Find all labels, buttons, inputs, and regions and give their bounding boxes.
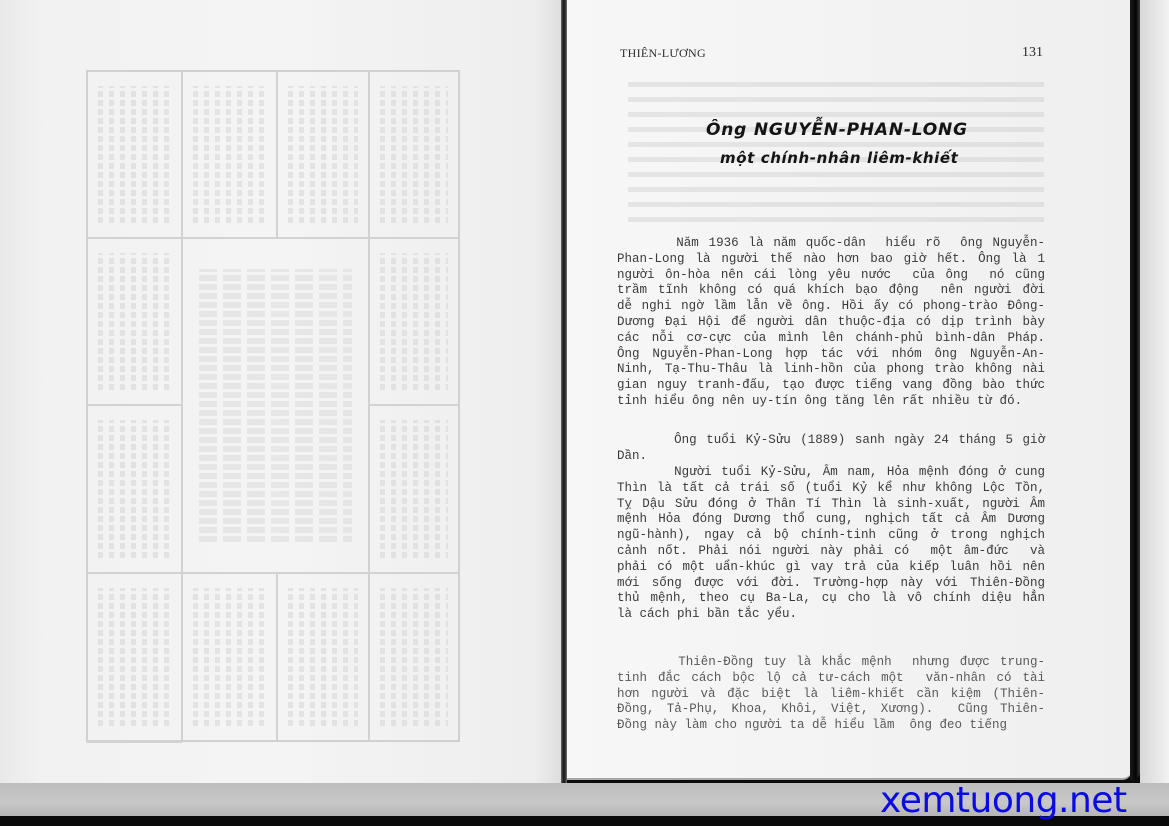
chart-cell <box>87 573 182 741</box>
chart-center-cell <box>182 238 369 573</box>
text-line: Tỵ Dậu Sửu đóng ở Thân Tí Thìn là sinh-x… <box>617 497 1045 513</box>
paragraph-3: Người tuổi Kỷ-Sửu, Âm nam, Hỏa mệnh đóng… <box>617 465 1045 623</box>
text-line: Dương Đại Hội để người dân thuộc-địa có … <box>617 315 1045 331</box>
watermark: xemtuong.net <box>880 781 1127 821</box>
chart-cell <box>277 573 369 741</box>
running-head: THIÊN-LƯƠNG <box>620 46 706 61</box>
text-line: gian nguy tranh-đấu, tạo được tiếng vang… <box>617 378 1045 394</box>
text-line: mới sống được với đời. Trường-hợp này vớ… <box>617 576 1045 592</box>
page-edge <box>1130 0 1140 780</box>
chart-cell <box>182 573 277 741</box>
text-line: Người tuổi Kỷ-Sửu, Âm nam, Hỏa mệnh đóng… <box>617 465 1045 481</box>
chart-cell <box>369 238 459 405</box>
chart-cell <box>369 573 459 741</box>
paragraph-4: Thiên-Đồng tuy là khắc mệnh nhưng được t… <box>617 655 1045 734</box>
scanner-margin <box>1140 0 1169 783</box>
text-line: Dần. <box>617 449 1045 465</box>
text-line: thủ mệnh, theo cụ Ba-La, cụ cho là vô ch… <box>617 591 1045 607</box>
text-line: mệnh Hỏa đóng Dương thổ cung, nghịch tất… <box>617 512 1045 528</box>
chart-cell <box>87 71 182 238</box>
title-line-1: Ông NGUYỄN-PHAN-LONG <box>706 120 1010 140</box>
chart-cell <box>87 405 182 573</box>
paragraph-1: Năm 1936 là năm quốc-dân hiểu rõ ông Ngu… <box>617 236 1045 410</box>
text-line: các nỗi cơ-cực của mình lên chánh-phủ bì… <box>617 331 1045 347</box>
text-line: Ông Nguyễn-Phan-Long hợp tác với nhóm ôn… <box>617 347 1045 363</box>
text-line: Đồng, Tả-Phụ, Khoa, Khôi, Việt, Xương). … <box>617 702 1045 718</box>
text-line: Phan-Long là người thế nào hơn bao giờ h… <box>617 252 1045 268</box>
chart-cell <box>369 71 459 238</box>
text-line: Năm 1936 là năm quốc-dân hiểu rõ ông Ngu… <box>617 236 1045 252</box>
text-line: Ninh, Tạ-Thu-Thâu là linh-hồn của phong … <box>617 362 1045 378</box>
chart-cell <box>87 741 182 743</box>
text-line: ngũ-hành), ngay cả bộ chính-tinh cũng ở … <box>617 528 1045 544</box>
horoscope-chart-grid <box>86 70 460 742</box>
text-line: hơn người và đặc biệt là liêm-khiết cần … <box>617 687 1045 703</box>
chart-cell <box>182 71 277 238</box>
text-line: tinh đắc cách bộc lộ cả tư-cách một văn-… <box>617 671 1045 687</box>
chart-cell <box>87 238 182 405</box>
text-line: Ông tuổi Kỷ-Sửu (1889) sanh ngày 24 thán… <box>617 433 1045 449</box>
text-line: dễ nghi ngờ lầm lẫn về ông. Hồi ấy có ph… <box>617 299 1045 315</box>
text-line: Đồng này làm cho người ta dễ hiểu lầm ôn… <box>617 718 1045 734</box>
text-line: tỉnh hiểu ông nên uy-tín ông tăng lên rấ… <box>617 394 1045 410</box>
chart-cell <box>277 71 369 238</box>
paragraph-2: Ông tuổi Kỷ-Sửu (1889) sanh ngày 24 thán… <box>617 433 1045 465</box>
text-line: Thiên-Đồng tuy là khắc mệnh nhưng được t… <box>617 655 1045 671</box>
text-line: Thìn là tất cả trái số (tuổi Kỷ kể như k… <box>617 481 1045 497</box>
page-number: 131 <box>1022 45 1043 61</box>
text-line: người ôn-hòa nên cái lòng yêu nước của ô… <box>617 268 1045 284</box>
text-line: cảnh nốt. Phải nói người này phải có một… <box>617 544 1045 560</box>
text-line: phải có một uẩn-khúc gì vay trả của kiếp… <box>617 560 1045 576</box>
text-line: trầm tĩnh không có quá khích bạo động nê… <box>617 283 1045 299</box>
title-line-2: một chính-nhân liêm-khiết <box>720 149 1010 167</box>
text-line: là cách phi bần tắc yểu. <box>617 607 1045 623</box>
chapter-title: Ông NGUYỄN-PHAN-LONG một chính-nhân liêm… <box>690 120 1010 167</box>
chart-cell <box>369 405 459 573</box>
